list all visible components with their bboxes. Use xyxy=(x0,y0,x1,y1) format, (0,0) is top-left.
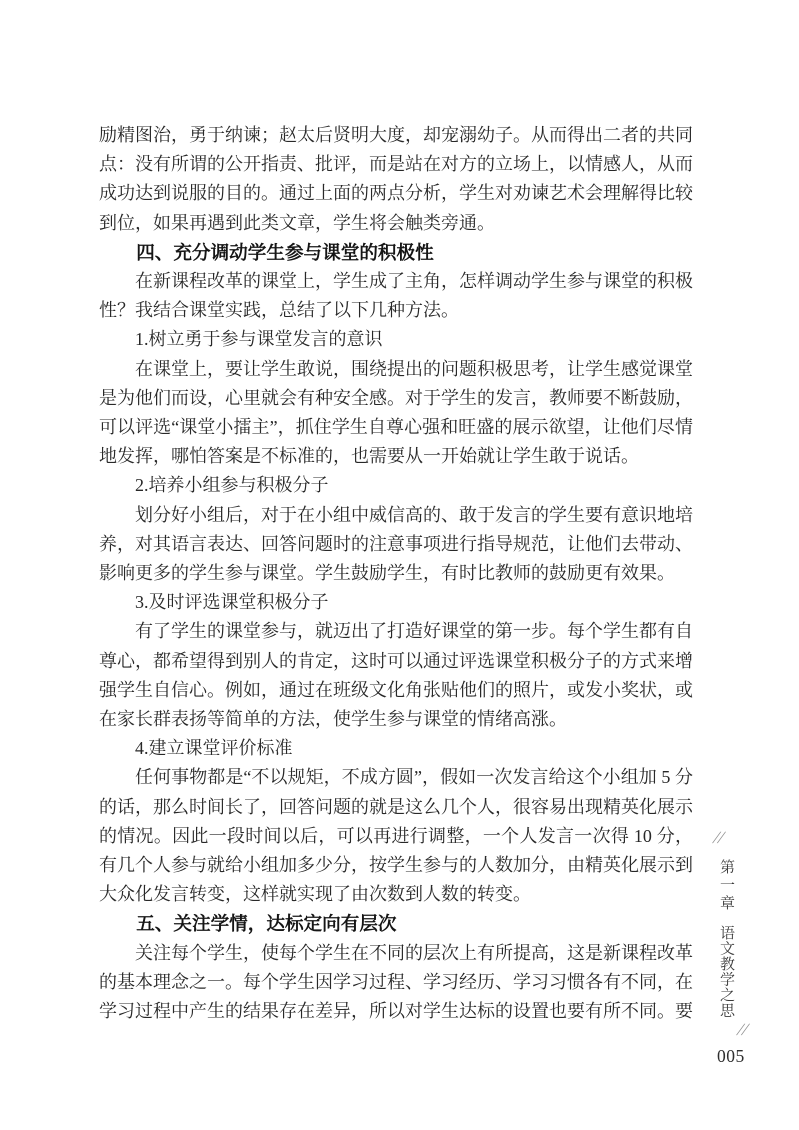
page-number: 005 xyxy=(717,1046,745,1067)
paragraph: 在新课程改革的课堂上，学生成了主角，怎样调动学生参与课堂的积极性？我结合课堂实践… xyxy=(99,267,693,325)
decorative-slash-top: // xyxy=(712,828,726,848)
sub-heading: 3.及时评选课堂积极分子 xyxy=(99,588,693,617)
sub-heading: 1.树立勇于参与课堂发言的意识 xyxy=(99,325,693,354)
section-heading: 五、关注学情，达标定向有层次 xyxy=(99,909,693,938)
page-body: 励精图治，勇于纳谏；赵太后贤明大度，却宠溺幼子。从而得出二者的共同点：没有所谓的… xyxy=(99,121,693,1026)
paragraph: 有了学生的课堂参与，就迈出了打造好课堂的第一步。每个学生都有自尊心，都希望得到别… xyxy=(99,617,693,734)
chapter-title-vertical: 语文教学之思 xyxy=(716,925,737,1018)
sub-heading: 4.建立课堂评价标准 xyxy=(99,734,693,763)
section-heading: 四、充分调动学生参与课堂的积极性 xyxy=(99,238,693,267)
decorative-slash-bottom: // xyxy=(736,1020,750,1040)
book-page: 励精图治，勇于纳谏；赵太后贤明大度，却宠溺幼子。从而得出二者的共同点：没有所谓的… xyxy=(0,0,799,1130)
paragraph: 在课堂上，要让学生敢说，围绕提出的问题积极思考，让学生感觉课堂是为他们而设，心里… xyxy=(99,355,693,472)
sub-heading: 2.培养小组参与积极分子 xyxy=(99,471,693,500)
paragraph: 任何事物都是“不以规矩，不成方圆”，假如一次发言给这个小组加 5 分的话，那么时… xyxy=(99,763,693,909)
paragraph: 划分好小组后，对于在小组中威信高的、敢于发言的学生要有意识地培养，对其语言表达、… xyxy=(99,501,693,589)
paragraph: 关注每个学生，使每个学生在不同的层次上有所提高，这是新课程改革的基本理念之一。每… xyxy=(99,939,693,1027)
paragraph: 励精图治，勇于纳谏；赵太后贤明大度，却宠溺幼子。从而得出二者的共同点：没有所谓的… xyxy=(99,121,693,238)
chapter-number-vertical: 第一章 xyxy=(716,859,737,913)
